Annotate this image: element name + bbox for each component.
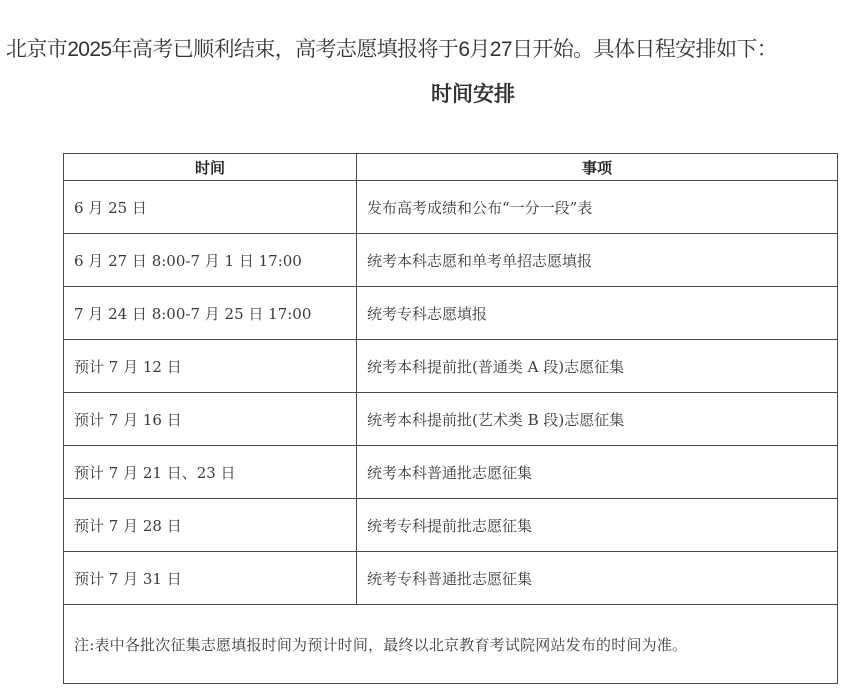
table-note: 注:表中各批次征集志愿填报时间为预计时间，最终以北京教育考试院网站发布的时间为准…: [64, 605, 838, 684]
table-row: 预计 7 月 28 日 统考专科提前批志愿征集: [64, 499, 838, 552]
cell-time: 6 月 25 日: [64, 181, 357, 234]
cell-item: 统考专科志愿填报: [357, 287, 838, 340]
cell-item: 统考本科提前批(普通类 A 段)志愿征集: [357, 340, 838, 393]
table-row: 预计 7 月 12 日 统考本科提前批(普通类 A 段)志愿征集: [64, 340, 838, 393]
cell-time: 7 月 24 日 8:00-7 月 25 日 17:00: [64, 287, 357, 340]
cell-time: 预计 7 月 12 日: [64, 340, 357, 393]
cell-item: 统考本科志愿和单考单招志愿填报: [357, 234, 838, 287]
table-row: 预计 7 月 31 日 统考专科普通批志愿征集: [64, 552, 838, 605]
table-row: 预计 7 月 16 日 统考本科提前批(艺术类 B 段)志愿征集: [64, 393, 838, 446]
cell-item: 统考本科提前批(艺术类 B 段)志愿征集: [357, 393, 838, 446]
cell-item: 统考专科提前批志愿征集: [357, 499, 838, 552]
table-note-row: 注:表中各批次征集志愿填报时间为预计时间，最终以北京教育考试院网站发布的时间为准…: [64, 605, 838, 684]
table-header-row: 时间 事项: [64, 154, 838, 181]
cell-time: 预计 7 月 21 日、23 日: [64, 446, 357, 499]
cell-time: 预计 7 月 16 日: [64, 393, 357, 446]
header-time: 时间: [64, 154, 357, 181]
table-row: 7 月 24 日 8:00-7 月 25 日 17:00 统考专科志愿填报: [64, 287, 838, 340]
schedule-heading: 时间安排: [0, 80, 859, 110]
cell-time: 预计 7 月 31 日: [64, 552, 357, 605]
table-row: 预计 7 月 21 日、23 日 统考本科普通批志愿征集: [64, 446, 838, 499]
table-row: 6 月 27 日 8:00-7 月 1 日 17:00 统考本科志愿和单考单招志…: [64, 234, 838, 287]
schedule-table: 时间 事项 6 月 25 日 发布高考成绩和公布“一分一段”表 6 月 27 日…: [63, 153, 838, 684]
cell-time: 预计 7 月 28 日: [64, 499, 357, 552]
header-item: 事项: [357, 154, 838, 181]
intro-paragraph: 北京市2025年高考已顺利结束，高考志愿填报将于6月27日开始。具体日程安排如下…: [6, 35, 859, 65]
table-row: 6 月 25 日 发布高考成绩和公布“一分一段”表: [64, 181, 838, 234]
cell-item: 统考专科普通批志愿征集: [357, 552, 838, 605]
cell-item: 统考本科普通批志愿征集: [357, 446, 838, 499]
cell-item: 发布高考成绩和公布“一分一段”表: [357, 181, 838, 234]
cell-time: 6 月 27 日 8:00-7 月 1 日 17:00: [64, 234, 357, 287]
